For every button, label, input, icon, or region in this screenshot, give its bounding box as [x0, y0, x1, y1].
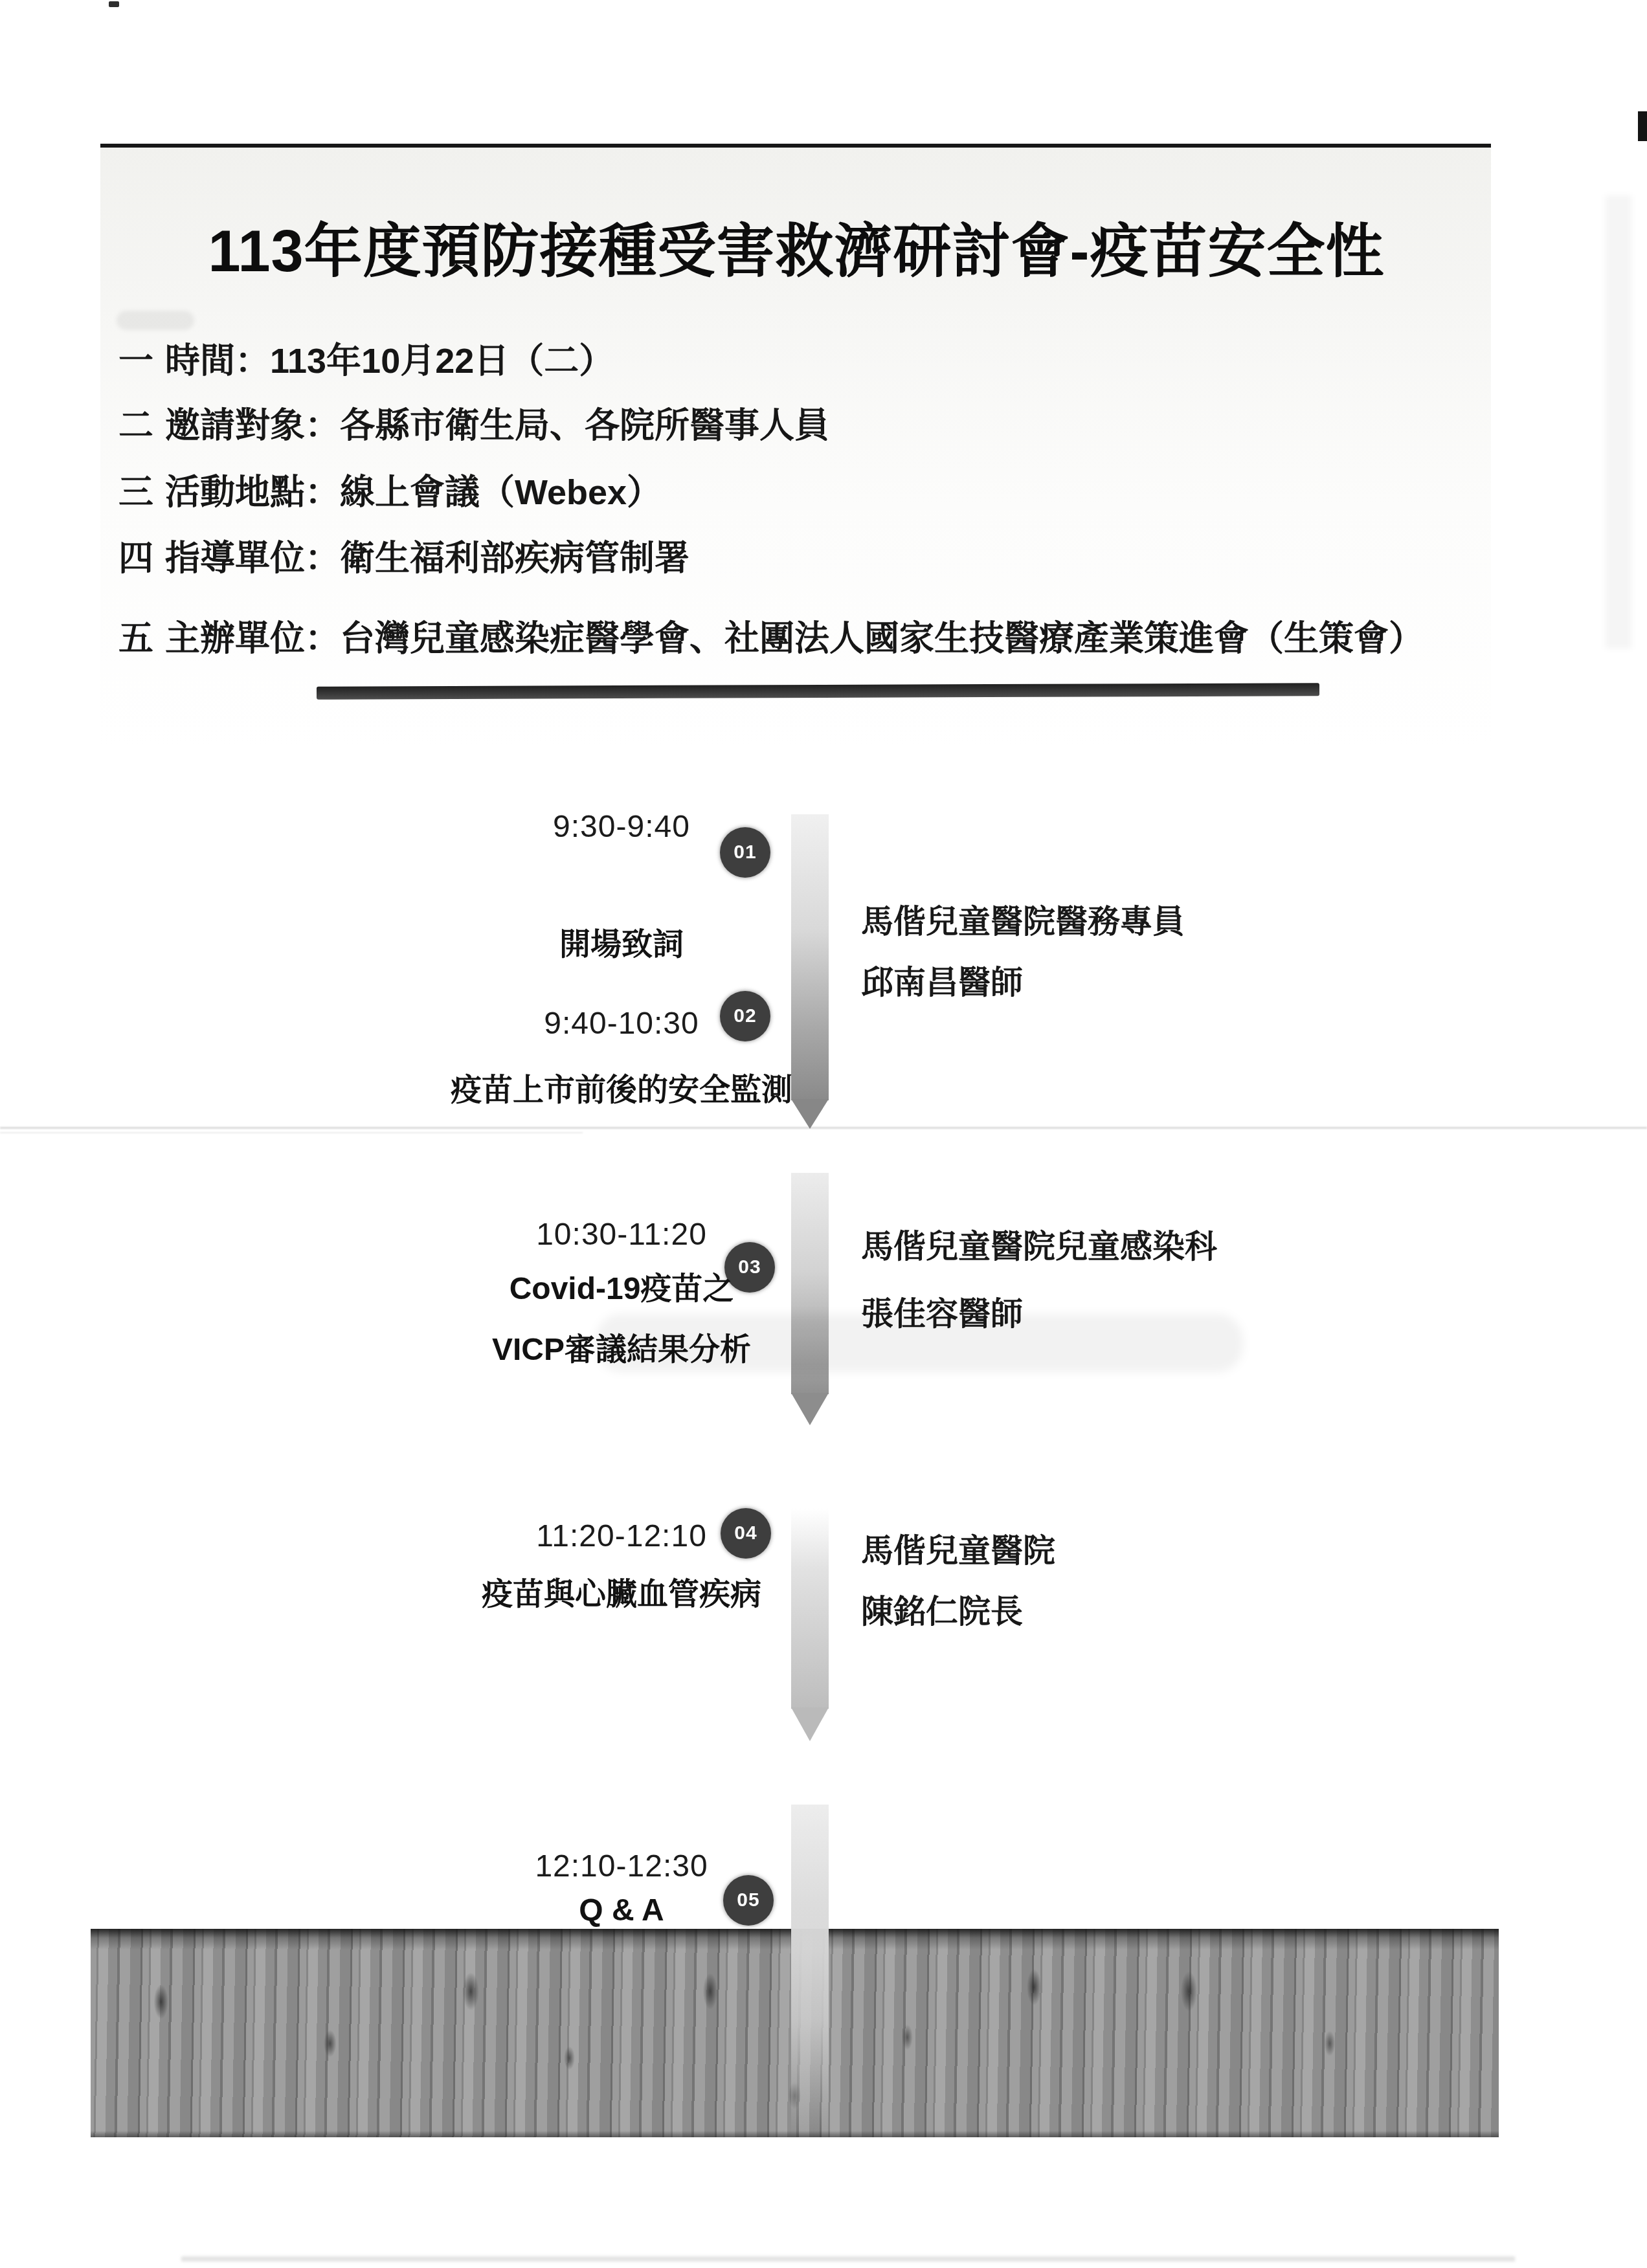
info-text: 主辦單位：台灣兒童感染症醫學會、社團法人國家生技醫療產業策進會（生策會） — [165, 611, 1531, 661]
session-title: 開場致詞 — [388, 919, 855, 964]
scan-edge-mark — [1638, 111, 1647, 141]
session-title: 疫苗上市前後的安全監測 — [388, 1065, 855, 1109]
info-text: 活動地點：線上會議（Webex） — [165, 465, 1531, 515]
speaker-org: 馬偕兒童醫院兒童感染科 — [861, 1221, 1457, 1267]
info-item-supervisor: 四 指導單位：衛生福利部疾病管制署 — [100, 531, 1491, 576]
session-time: 9:40-10:30 — [388, 1006, 855, 1041]
info-numeral: 三 — [118, 465, 170, 515]
paper-fold-crease2 — [0, 1132, 583, 1133]
session-time: 10:30-11:20 — [388, 1217, 855, 1252]
document-content: 113年度預防接種受害救濟研討會-疫苗安全性 一 時間：113年10月22日（二… — [100, 144, 1491, 2150]
scanner-streak — [181, 2256, 1515, 2262]
section-divider — [317, 683, 1319, 699]
speaker-org: 馬偕兒童醫院 — [861, 1525, 1457, 1572]
session-time: 12:10-12:30 — [388, 1849, 855, 1884]
timeline-arrow-3-tip — [791, 1707, 829, 1741]
info-numeral: 四 — [118, 531, 170, 581]
paper-fold-crease — [0, 1127, 1647, 1129]
timeline-arrow-4 — [791, 1805, 829, 2136]
session-title: Q & A — [388, 1893, 855, 1928]
scan-smudge — [1606, 195, 1631, 649]
scanned-page: 113年度預防接種受害救濟研討會-疫苗安全性 一 時間：113年10月22日（二… — [0, 0, 1647, 2268]
info-text: 指導單位：衛生福利部疾病管制署 — [165, 531, 1531, 581]
info-numeral: 一 — [118, 333, 170, 383]
session-time: 9:30-9:40 — [388, 809, 855, 845]
content-top-border — [100, 144, 1491, 148]
info-numeral: 五 — [118, 611, 170, 661]
info-numeral: 二 — [118, 398, 170, 448]
info-item-organizer: 五 主辦單位：台灣兒童感染症醫學會、社團法人國家生技醫療產業策進會（生策會） — [100, 611, 1491, 656]
info-item-invitees: 二 邀請對象：各縣市衛生局、各院所醫事人員 — [100, 398, 1491, 443]
speaker-name: 陳銘仁院長 — [861, 1586, 1457, 1632]
scan-smudge — [117, 311, 194, 330]
scan-speck — [109, 1, 119, 7]
session-time: 11:20-12:10 — [388, 1518, 855, 1554]
info-text: 時間：113年10月22日（二） — [165, 333, 1531, 383]
speaker-org: 馬偕兒童醫院醫務專員 — [861, 896, 1457, 942]
info-item-location: 三 活動地點：線上會議（Webex） — [100, 465, 1491, 510]
session-title: 疫苗與心臟血管疾病 — [388, 1569, 855, 1614]
timeline-arrow-2-tip — [791, 1393, 829, 1425]
session-title-line1: Covid-19疫苗之 — [388, 1263, 855, 1308]
info-text: 邀請對象：各縣市衛生局、各院所醫事人員 — [165, 398, 1531, 448]
bleedthrough-smudge — [596, 1314, 1243, 1372]
info-item-time: 一 時間：113年10月22日（二） — [100, 333, 1491, 379]
page-title: 113年度預防接種受害救濟研討會-疫苗安全性 — [146, 221, 1447, 283]
speaker-name: 邱南昌醫師 — [861, 957, 1457, 1003]
